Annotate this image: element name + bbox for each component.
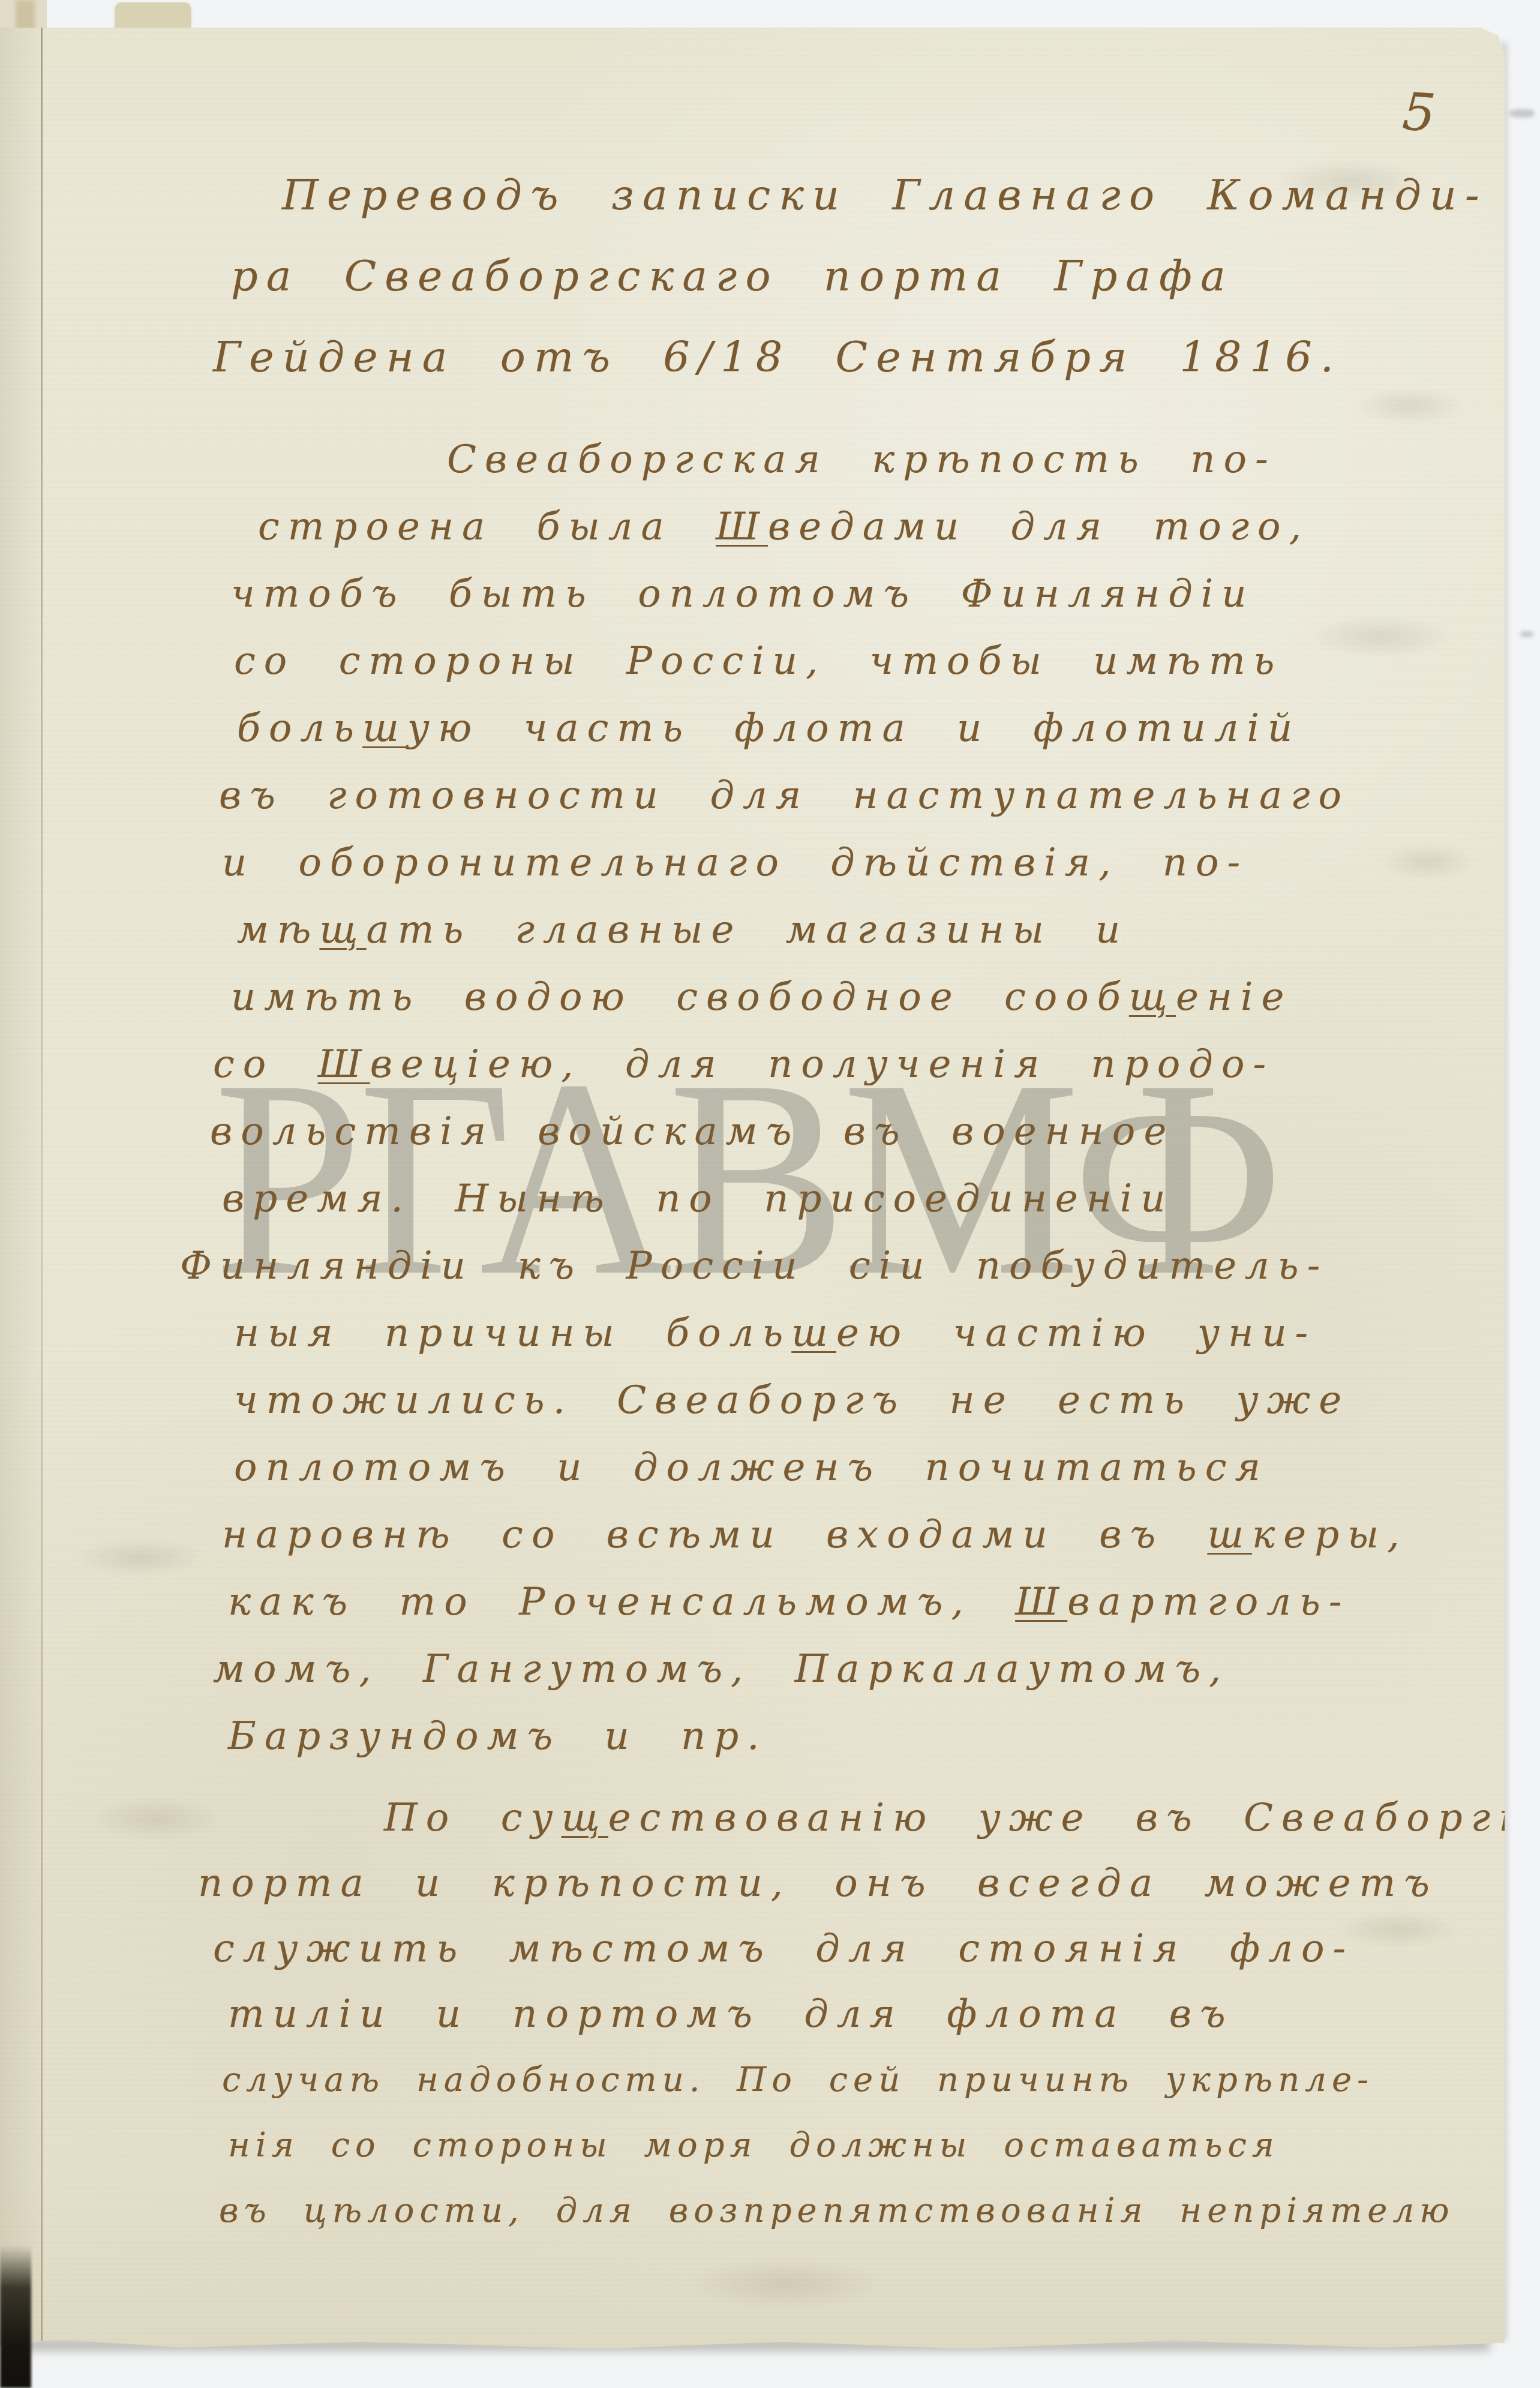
- manuscript-line: вольствія войскамъ въ военное: [210, 1098, 1505, 1165]
- manuscript-line: мѣщать главные магазины и: [237, 896, 1505, 964]
- manuscript-line: строена была Шведами для того,: [258, 493, 1505, 560]
- manuscript-line: наровнѣ со всѣми входами въ шкеры,: [222, 1501, 1505, 1568]
- page-tab-edge: [115, 2, 191, 31]
- manuscript-line: со стороны Россіи, чтобы имѣть: [234, 628, 1505, 695]
- manuscript-line: случаѣ надобности. По сей причинѣ укрѣпл…: [222, 2047, 1505, 2113]
- manuscript-line: со Швеціею, для полученія продо-: [213, 1031, 1505, 1098]
- manuscript-line: большую часть флота и флотилій: [237, 695, 1505, 762]
- handwriting-layer: 5 Переводъ записки Главнаго Команди- ра …: [0, 28, 1505, 2358]
- manuscript-line: ныя причины большею частію уни-: [234, 1300, 1505, 1367]
- manuscript-line: въ готовности для наступательнаго: [219, 762, 1505, 829]
- manuscript-line: нія со стороны моря должны оставаться: [228, 2113, 1505, 2178]
- manuscript-line: чтобъ быть оплотомъ Финляндіи: [231, 560, 1505, 628]
- page-number: 5: [1401, 82, 1438, 144]
- manuscript-line: Барзундомъ и пр.: [228, 1703, 1505, 1770]
- manuscript-line: служить мѣстомъ для стоянія фло-: [213, 1916, 1505, 1982]
- manuscript-line: и оборонительнаго дѣйствія, по-: [222, 829, 1505, 896]
- heading-line: ра Свеаборгскаго порта Графа: [231, 236, 1505, 317]
- document-heading: Переводъ записки Главнаго Команди- ра Св…: [0, 155, 1505, 398]
- paragraph-1: Свеаборгская крѣпость по- строена была Ш…: [0, 426, 1505, 1770]
- manuscript-page: РГАВМФ 5 Переводъ записки Главнаго Коман…: [0, 28, 1505, 2358]
- scan-smudge: [1520, 631, 1533, 637]
- manuscript-line: имѣть водою свободное сообщеніе: [231, 964, 1505, 1031]
- manuscript-line: Свеаборгская крѣпость по-: [447, 426, 1505, 493]
- manuscript-line: порта и крѣпости, онъ всегда можетъ: [198, 1851, 1505, 1916]
- manuscript-line: По существованію уже въ Свеаборгѣ: [384, 1786, 1505, 1851]
- scanner-background: РГАВМФ 5 Переводъ записки Главнаго Коман…: [0, 0, 1540, 2388]
- manuscript-line: время. Нынѣ по присоединеніи: [222, 1165, 1505, 1232]
- manuscript-line: момъ, Гангутомъ, Паркалаутомъ,: [213, 1636, 1505, 1703]
- scan-smudge: [1509, 109, 1535, 118]
- manuscript-line: оплотомъ и долженъ почитаться: [234, 1434, 1505, 1501]
- manuscript-line: чтожились. Свеаборгъ не есть уже: [234, 1367, 1505, 1434]
- manuscript-line: Финляндіи къ Россіи сіи побудитель-: [180, 1232, 1505, 1300]
- binding-shadow-corner: [0, 2245, 31, 2388]
- manuscript-line: тиліи и портомъ для флота въ: [228, 1982, 1505, 2047]
- manuscript-line: въ цѣлости, для возпрепятствованія непрі…: [219, 2178, 1505, 2243]
- heading-line: Гейдена отъ 6/18 Сентября 1816.: [213, 317, 1505, 398]
- heading-line: Переводъ записки Главнаго Команди-: [282, 155, 1505, 236]
- paragraph-2: По существованію уже въ Свеаборгѣ порта …: [0, 1786, 1505, 2243]
- manuscript-line: какъ то Роченсальмомъ, Швартголь-: [228, 1568, 1505, 1636]
